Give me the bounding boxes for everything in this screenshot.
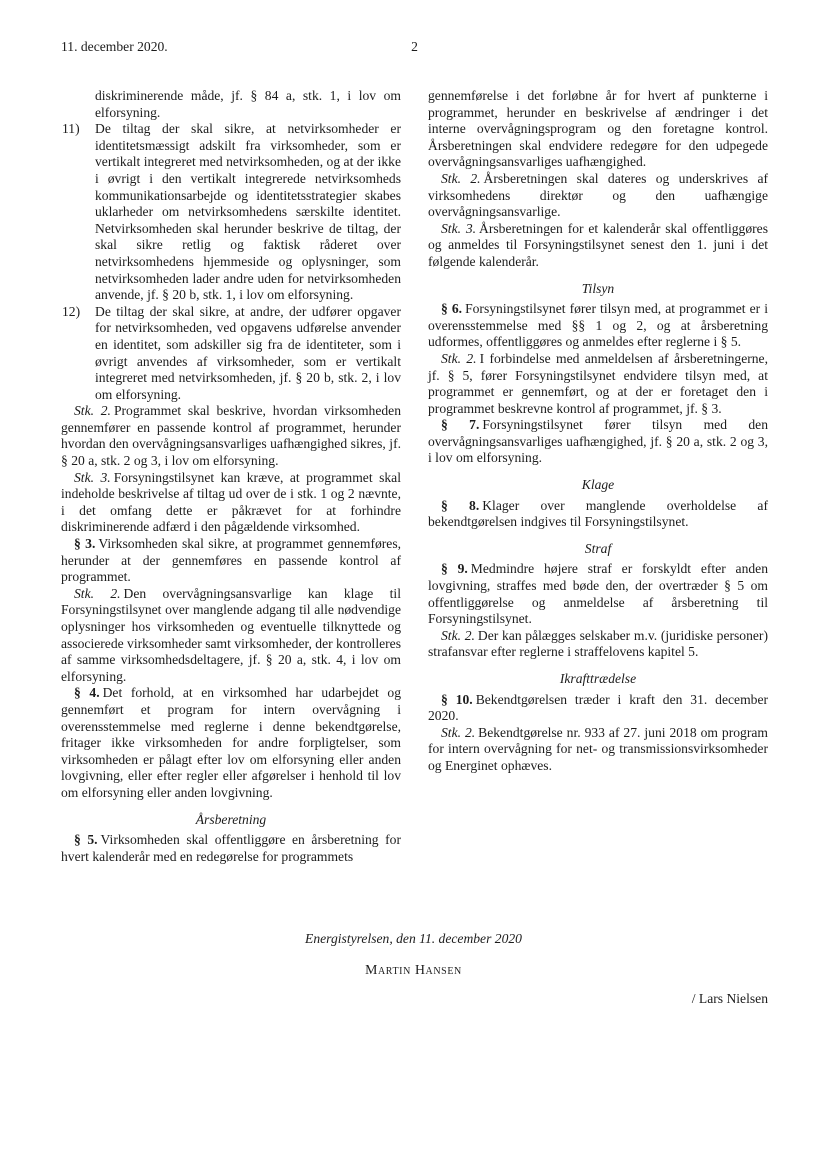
heading-text: Årsberetning (196, 812, 266, 827)
paragraph-text: Der kan pålægges selskaber m.v. (juridis… (428, 628, 768, 660)
paragraph-lead: Stk. 3. (74, 470, 111, 485)
paragraph-text: De tiltag der skal sikre, at netvirksomh… (95, 121, 401, 302)
paragraph-lead: § 7. (441, 417, 479, 432)
paragraph-lead: Stk. 2. (441, 171, 481, 186)
paragraph-text: I forbindelse med anmeldelsen af årsbere… (428, 351, 768, 416)
paragraph-lead: § 6. (441, 301, 462, 316)
paragraph-text: Årsberetningen for et kalenderår skal of… (428, 221, 768, 269)
content-columns: diskriminerende måde, jf. § 84 a, stk. 1… (61, 88, 768, 865)
paragraph: Stk. 2.Der kan pålægges selskaber m.v. (… (428, 628, 768, 661)
paragraph: § 3.Virksomheden skal sikre, at programm… (61, 536, 401, 586)
paragraph: Stk. 3.Årsberetningen for et kalenderår … (428, 221, 768, 271)
paragraph-lead: § 8. (441, 498, 479, 513)
paragraph-text: Bekendtgørelsen træder i kraft den 31. d… (428, 692, 768, 724)
paragraph-text: Medmindre højere straf er forskyldt efte… (428, 561, 768, 626)
paragraph-text: Virksomheden skal offentliggøre en årsbe… (61, 832, 401, 864)
paragraph: Stk. 2.Programmet skal beskrive, hvordan… (61, 403, 401, 469)
signature-countersign: / Lars Nielsen (692, 991, 768, 1007)
heading-text: Tilsyn (582, 281, 614, 296)
paragraph-text: Klager over manglende overholdelse af be… (428, 498, 768, 530)
paragraph-text: Forsyningstilsynet fører tilsyn med, at … (428, 301, 768, 349)
paragraph-text: Bekendtgørelse nr. 933 af 27. juni 2018 … (428, 725, 768, 773)
left-column: diskriminerende måde, jf. § 84 a, stk. 1… (61, 88, 401, 865)
paragraph-text: De tiltag der skal sikre, at andre, der … (95, 304, 401, 402)
section-heading: Klage (428, 477, 768, 494)
document-page: 11. december 2020. 2 diskriminerende måd… (0, 0, 827, 1169)
paragraph: § 8.Klager over manglende overholdelse a… (428, 498, 768, 531)
paragraph-lead: § 9. (441, 561, 468, 576)
heading-text: Straf (585, 541, 611, 556)
paragraph-text: diskriminerende måde, jf. § 84 a, stk. 1… (95, 88, 401, 120)
paragraph-text: Forsyningstilsynet kan kræve, at program… (61, 470, 401, 535)
paragraph-lead: § 10. (441, 692, 473, 707)
numbered-item: 11)De tiltag der skal sikre, at netvirks… (61, 121, 401, 304)
paragraph-lead: Stk. 2. (441, 628, 475, 643)
right-column: gennemførelse i det forløbne år for hver… (428, 88, 768, 865)
list-number: 11) (62, 121, 80, 138)
paragraph: Stk. 2.Den overvågningsansvarlige kan kl… (61, 586, 401, 686)
paragraph: Stk. 3.Forsyningstilsynet kan kræve, at … (61, 470, 401, 536)
paragraph-text: Forsyningstilsynet fører tilsyn med den … (428, 417, 768, 465)
numbered-item: 12)De tiltag der skal sikre, at andre, d… (61, 304, 401, 404)
paragraph-text: Programmet skal beskrive, hvordan virkso… (61, 403, 401, 468)
page-number: 2 (61, 39, 768, 55)
paragraph: Stk. 2.Årsberetningen skal dateres og un… (428, 171, 768, 221)
list-number: 12) (62, 304, 80, 321)
page-header: 11. december 2020. 2 (61, 39, 768, 57)
paragraph-lead: Stk. 3. (441, 221, 476, 236)
paragraph-text: Virksomheden skal sikre, at programmet g… (61, 536, 401, 584)
paragraph: diskriminerende måde, jf. § 84 a, stk. 1… (61, 88, 401, 121)
paragraph-text: gennemførelse i det forløbne år for hver… (428, 88, 768, 169)
signature-name: Martin Hansen (0, 962, 827, 978)
paragraph: § 4.Det forhold, at en virksomhed har ud… (61, 685, 401, 801)
section-heading: Tilsyn (428, 281, 768, 298)
paragraph: § 9.Medmindre højere straf er forskyldt … (428, 561, 768, 627)
paragraph-lead: Stk. 2. (441, 351, 477, 366)
paragraph-lead: Stk. 2. (74, 403, 111, 418)
paragraph-text: Det forhold, at en virksomhed har udarbe… (61, 685, 401, 800)
paragraph: § 6.Forsyningstilsynet fører tilsyn med,… (428, 301, 768, 351)
paragraph-lead: Stk. 2. (74, 586, 121, 601)
paragraph: § 5.Virksomheden skal offentliggøre en å… (61, 832, 401, 865)
section-heading: Ikrafttrædelse (428, 671, 768, 688)
heading-text: Ikrafttrædelse (560, 671, 636, 686)
paragraph: Stk. 2.I forbindelse med anmeldelsen af … (428, 351, 768, 417)
section-heading: Årsberetning (61, 812, 401, 829)
signature-place-date: Energistyrelsen, den 11. december 2020 (0, 931, 827, 947)
paragraph-lead: § 4. (74, 685, 100, 700)
section-heading: Straf (428, 541, 768, 558)
paragraph-lead: Stk. 2. (441, 725, 475, 740)
paragraph-lead: § 5. (74, 832, 98, 847)
heading-text: Klage (582, 477, 614, 492)
paragraph: gennemførelse i det forløbne år for hver… (428, 88, 768, 171)
paragraph: § 7.Forsyningstilsynet fører tilsyn med … (428, 417, 768, 467)
paragraph-lead: § 3. (74, 536, 95, 551)
paragraph: § 10.Bekendtgørelsen træder i kraft den … (428, 692, 768, 725)
paragraph: Stk. 2.Bekendtgørelse nr. 933 af 27. jun… (428, 725, 768, 775)
